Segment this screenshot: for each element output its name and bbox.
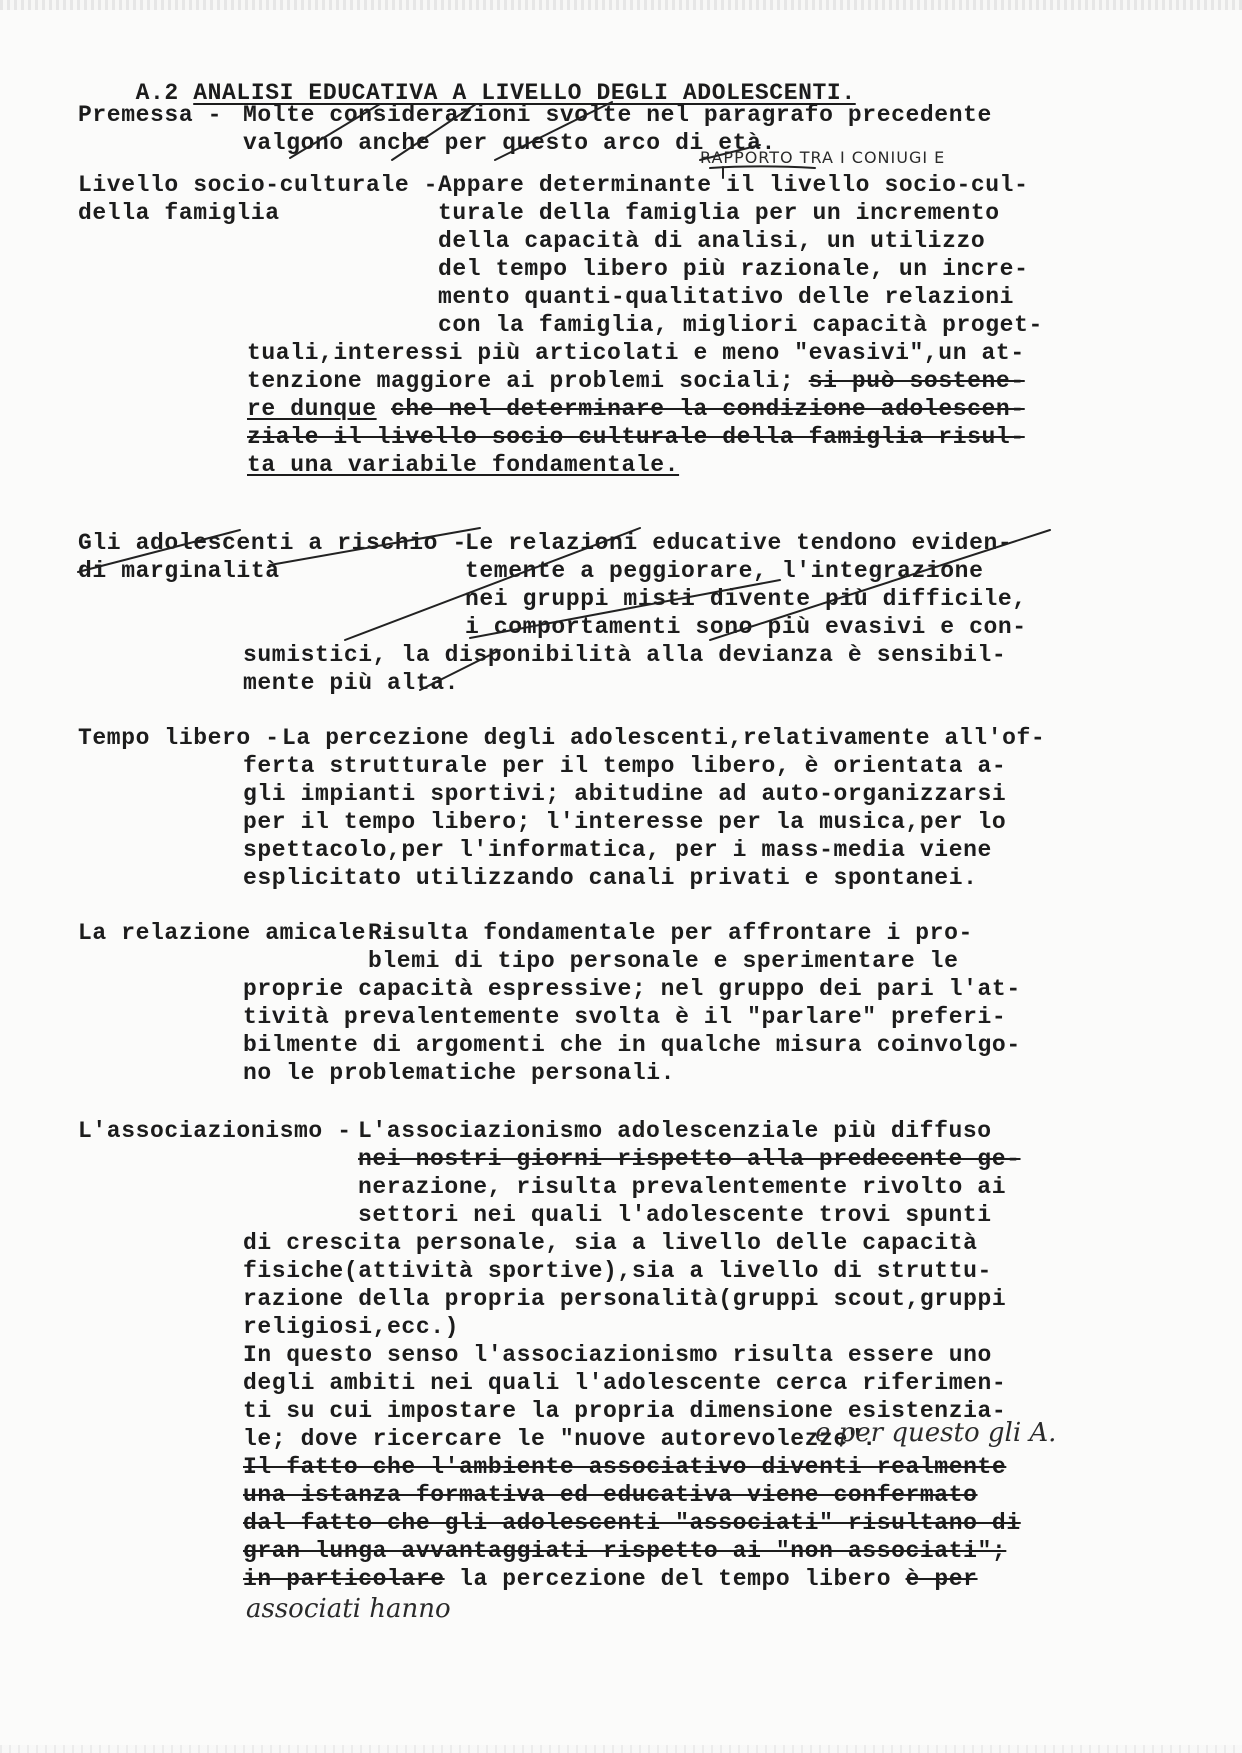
tempo-line-4: per il tempo libero; l'interesse per la …	[243, 807, 1006, 837]
handwritten-note-associati-hanno: associati hanno	[246, 1594, 451, 1624]
assoc-line-13-struck: Il fatto che l'ambiente associativo dive…	[243, 1452, 1006, 1482]
tempo-line-5: spettacolo,per l'informatica, per i mass…	[243, 835, 992, 865]
assoc-line-16-struck: gran lunga avvantaggiati rispetto ai "no…	[243, 1536, 1006, 1566]
rischio-line-4: i comportamenti sono più evasivi e con-	[465, 612, 1027, 642]
socio-line-7: tuali,interessi più articolati e meno "e…	[247, 338, 1025, 368]
tempo-line-2: ferta strutturale per il tempo libero, è…	[243, 751, 1006, 781]
socio-line-11: ta una variabile fondamentale.	[247, 450, 679, 480]
tempo-line-3: gli impianti sportivi; abitudine ad auto…	[243, 779, 1006, 809]
rischio-line-6: mente più alta.	[243, 668, 459, 698]
assoc-line-17: in particolare la percezione del tempo l…	[243, 1564, 978, 1594]
socio-line-9: re dunque che nel determinare la condizi…	[247, 394, 1025, 424]
amicale-line-5: bilmente di argomenti che in qualche mis…	[243, 1030, 1021, 1060]
assoc-line-3: nerazione, risulta prevalentemente rivol…	[358, 1172, 1006, 1202]
socio-line-1: Appare determinante il livello socio-cul…	[438, 170, 1029, 200]
label-associazionismo: L'associazionismo -	[78, 1116, 352, 1146]
assoc-line-2-struck: nei nostri giorni rispetto alla predecen…	[358, 1144, 1021, 1174]
handwritten-note-coniugi: RAPPORTO TRA I CONIUGI E	[700, 148, 945, 167]
rischio-line-5: sumistici, la disponibilità alla devianz…	[243, 640, 1006, 670]
assoc-line-1: L'associazionismo adolescenziale più dif…	[358, 1116, 992, 1146]
scan-edge-top	[0, 0, 1242, 10]
label-della-famiglia: della famiglia	[78, 198, 280, 228]
label-di-marginalita: di marginalità	[78, 556, 280, 586]
label-livello-socio-culturale: Livello socio-culturale -	[78, 170, 438, 200]
tempo-line-1: La percezione degli adolescenti,relativa…	[282, 723, 1045, 753]
socio-line-2: turale della famiglia per un incremento	[438, 198, 1000, 228]
rischio-line-2: temente a peggiorare, l'integrazione	[465, 556, 983, 586]
socio-line-6: con la famiglia, migliori capacità proge…	[438, 310, 1043, 340]
label-premessa: Premessa -	[78, 100, 222, 130]
assoc-line-8: religiosi,ecc.)	[243, 1312, 459, 1342]
label-relazione-amicale: La relazione amicale -	[78, 918, 395, 948]
amicale-line-4: tività prevalentemente svolta è il "parl…	[243, 1002, 1006, 1032]
amicale-line-6: no le problematiche personali.	[243, 1058, 675, 1088]
assoc-line-12: le; dove ricercare le "nuove autorevolez…	[243, 1424, 877, 1454]
socio-line-5: mento quanti-qualitativo delle relazioni	[438, 282, 1014, 312]
socio-line-9-text: re dunque	[247, 396, 377, 422]
premessa-line-2: valgono anche per questo arco di età.	[243, 128, 776, 158]
assoc-line-5: di crescita personale, sia a livello del…	[243, 1228, 978, 1258]
socio-line-4: del tempo libero più razionale, un incre…	[438, 254, 1029, 284]
assoc-line-17-text: la percezione del tempo libero	[459, 1566, 891, 1592]
struck-text: in particolare	[243, 1566, 445, 1592]
amicale-line-1: Risulta fondamentale per affrontare i pr…	[368, 918, 973, 948]
scan-edge-bottom	[0, 1745, 1242, 1753]
label-tempo-libero: Tempo libero -	[78, 723, 280, 753]
socio-line-8: tenzione maggiore ai problemi sociali; s…	[247, 366, 1025, 396]
assoc-line-9: In questo senso l'associazionismo risult…	[243, 1340, 992, 1370]
label-adolescenti-a-rischio: Gli adolescenti a rischio -	[78, 528, 467, 558]
rischio-line-3: nei gruppi misti divente più difficile,	[465, 584, 1027, 614]
assoc-line-4: settori nei quali l'adolescente trovi sp…	[358, 1200, 992, 1230]
assoc-line-6: fisiche(attività sportive),sia a livello…	[243, 1256, 992, 1286]
assoc-line-15-struck: dal fatto che gli adolescenti "associati…	[243, 1508, 1021, 1538]
premessa-line-1: Molte considerazioni svolte nel paragraf…	[243, 100, 992, 130]
socio-line-10-struck: ziale il livello socio culturale della f…	[247, 422, 1025, 452]
socio-line-8-text: tenzione maggiore ai problemi sociali;	[247, 368, 794, 394]
assoc-line-10: degli ambiti nei quali l'adolescente cer…	[243, 1368, 1006, 1398]
socio-line-3: della capacità di analisi, un utilizzo	[438, 226, 985, 256]
rischio-line-1: Le relazioni educative tendono eviden-	[465, 528, 1012, 558]
struck-text: che nel determinare la condizione adoles…	[391, 396, 1025, 422]
assoc-line-14-struck: una istanza formativa ed educativa viene…	[243, 1480, 978, 1510]
struck-text: si può sostene-	[809, 368, 1025, 394]
document-page: A.2 ANALISI EDUCATIVA A LIVELLO DEGLI AD…	[0, 0, 1242, 1753]
struck-text: è per	[906, 1566, 978, 1592]
assoc-line-7: razione della propria personalità(gruppi…	[243, 1284, 1006, 1314]
amicale-line-3: proprie capacità espressive; nel gruppo …	[243, 974, 1021, 1004]
amicale-line-2: blemi di tipo personale e sperimentare l…	[368, 946, 959, 976]
tempo-line-6: esplicitato utilizzando canali privati e…	[243, 863, 978, 893]
handwritten-note-per-questo: e per questo gli A.	[815, 1418, 1056, 1448]
